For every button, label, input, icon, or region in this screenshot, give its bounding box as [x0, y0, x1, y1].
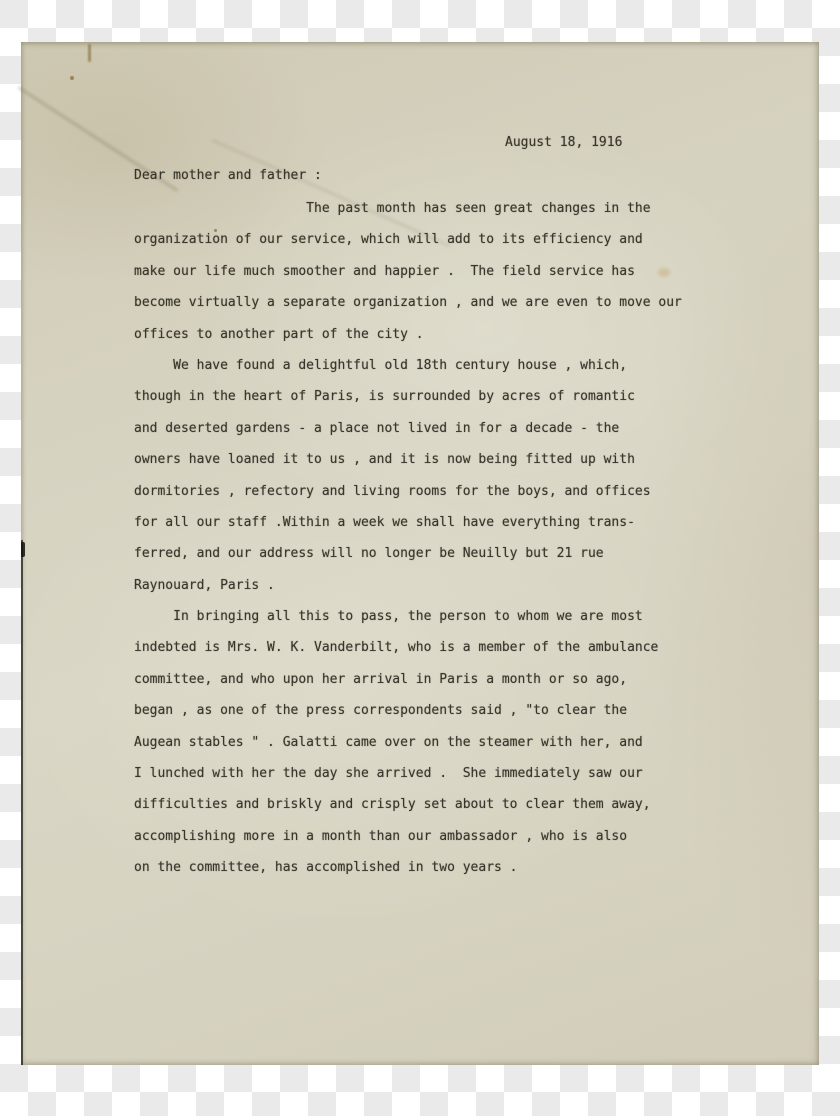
letter-line: for all our staff .Within a week we shal…	[134, 507, 734, 538]
letter-line: Raynouard, Paris .	[134, 570, 734, 601]
letter-line: on the committee, has accomplished in tw…	[134, 852, 734, 883]
paper-speck	[88, 44, 91, 62]
letter-line: In bringing all this to pass, the person…	[134, 601, 734, 632]
letter-line: make our life much smoother and happier …	[134, 256, 734, 287]
letter-line: dormitories , refectory and living rooms…	[134, 476, 734, 507]
letter-line: The past month has seen great changes in…	[134, 193, 734, 224]
letter-line: become virtually a separate organization…	[134, 287, 734, 318]
letter-line: indebted is Mrs. W. K. Vanderbilt, who i…	[134, 632, 734, 663]
letter-line: difficulties and briskly and crisply set…	[134, 789, 734, 820]
letter-line: organization of our service, which will …	[134, 224, 734, 255]
letter-paper: August 18, 1916 Dear mother and father :…	[21, 42, 819, 1065]
salutation-line: Dear mother and father :	[134, 161, 322, 191]
letter-body: The past month has seen great changes in…	[134, 193, 734, 884]
letter-line: owners have loaned it to us , and it is …	[134, 444, 734, 475]
letter-line: though in the heart of Paris, is surroun…	[134, 381, 734, 412]
letter-line: I lunched with her the day she arrived .…	[134, 758, 734, 789]
scan-edge-notch	[21, 542, 25, 557]
letter-line: began , as one of the press corresponden…	[134, 695, 734, 726]
letter-line: and deserted gardens - a place not lived…	[134, 413, 734, 444]
scan-edge-shadow	[21, 540, 23, 1065]
letter-line: ferred, and our address will no longer b…	[134, 538, 734, 569]
date-line: August 18, 1916	[505, 128, 622, 158]
paper-speck	[70, 76, 74, 80]
transparency-checkerboard: August 18, 1916 Dear mother and father :…	[0, 0, 840, 1116]
letter-line: Augean stables " . Galatti came over on …	[134, 727, 734, 758]
letter-line: accomplishing more in a month than our a…	[134, 821, 734, 852]
letter-line: committee, and who upon her arrival in P…	[134, 664, 734, 695]
letter-line: We have found a delightful old 18th cent…	[134, 350, 734, 381]
letter-line: offices to another part of the city .	[134, 319, 734, 350]
